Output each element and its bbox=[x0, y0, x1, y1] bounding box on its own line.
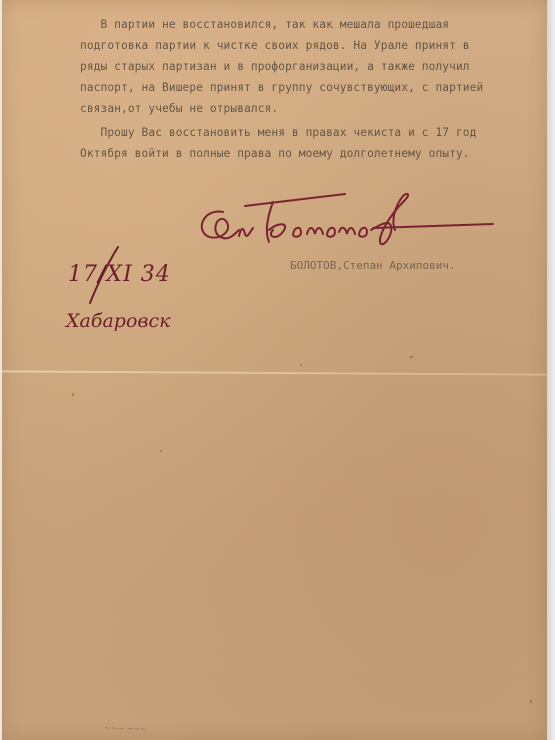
scan-border bbox=[547, 0, 555, 740]
handwritten-date: 17/XI 34 bbox=[68, 262, 171, 287]
typed-signatory-name: БОЛОТОВ,Степан Архипович. bbox=[290, 259, 456, 272]
paper-speck bbox=[160, 450, 162, 452]
paper-speck bbox=[530, 700, 532, 703]
body-line-4: паспорт, на Вишере принят в группу сочув… bbox=[80, 81, 483, 94]
body-line-6: Прошу Вас восстановить меня в правах чек… bbox=[80, 126, 476, 139]
handwritten-place: Хабаровск bbox=[66, 310, 170, 332]
faint-bottom-mark: ~~~ ~~~ bbox=[104, 723, 147, 733]
paper-speck bbox=[300, 364, 302, 366]
paper-speck bbox=[72, 393, 74, 396]
body-line-1: В партии не восстановился, так как мешал… bbox=[80, 18, 449, 31]
body-line-5: связан,от учебы не отрывался. bbox=[80, 102, 278, 115]
body-line-2: подготовка партии к чистке своих рядов. … bbox=[80, 39, 470, 52]
typed-body: В партии не восстановился, так как мешал… bbox=[80, 18, 94, 122]
body-line-3: ряды старых партизан и в профорганизации… bbox=[80, 60, 470, 73]
paper-speck bbox=[410, 356, 413, 358]
handwritten-signature bbox=[195, 190, 495, 250]
body-line-7: Октября войти в полные права по моему до… bbox=[80, 147, 470, 160]
